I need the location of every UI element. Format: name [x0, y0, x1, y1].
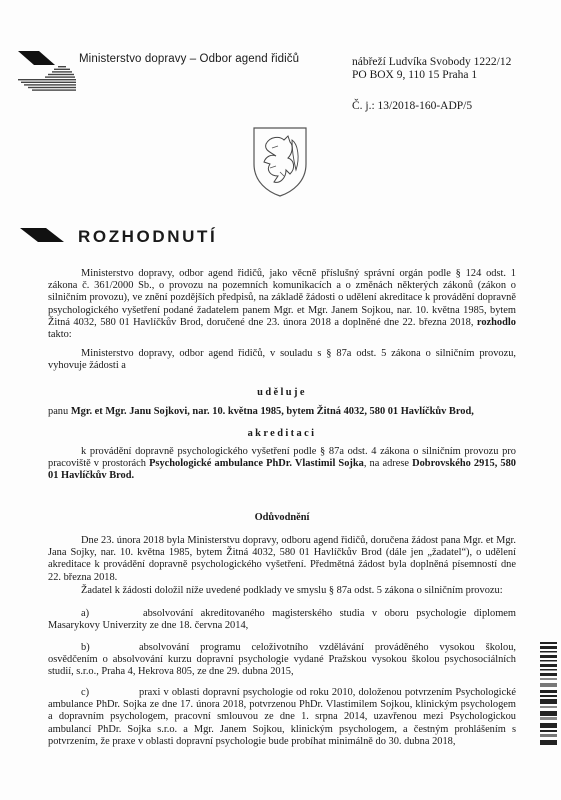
grant-paragraph: Ministerstvo dopravy, odbor agend řidičů… — [48, 348, 516, 372]
grant-text: Ministerstvo dopravy, odbor agend řidičů… — [48, 348, 516, 371]
accreditation-heading: akreditaci — [48, 428, 516, 439]
justification-text-1: Dne 23. února 2018 byla Ministerstvu dop… — [48, 535, 516, 583]
barcode-icon — [540, 642, 557, 750]
scope-text-address-label: , na adrese — [364, 458, 409, 469]
title-mark-icon — [20, 228, 64, 242]
item-label: b) — [81, 642, 139, 654]
evidence-item-b: b)absolvování programu celoživotního vzd… — [48, 642, 516, 679]
decision-verb: rozhodlo — [477, 317, 516, 328]
scope-paragraph: k provádění dopravně psychologického vyš… — [48, 446, 516, 483]
workplace-name: Psychologické ambulance PhDr. Vlastimil … — [149, 458, 364, 469]
decision-intro-paragraph: Ministerstvo dopravy, odbor agend řidičů… — [48, 268, 516, 341]
recipient-line: panu Mgr. et Mgr. Janu Sojkovi, nar. 10.… — [48, 406, 516, 418]
address-line-street: nábřeží Ludvíka Svobody 1222/12 — [352, 56, 511, 69]
address-line-pobox: PO BOX 9, 110 15 Praha 1 — [352, 69, 511, 82]
item-label: c) — [81, 687, 139, 699]
ministry-logo-icon — [18, 48, 80, 92]
decision-intro-text: Ministerstvo dopravy, odbor agend řidičů… — [48, 268, 516, 328]
evidence-item-c: c)praxi v oblasti dopravní psychologie o… — [48, 687, 516, 748]
justification-heading: Odůvodnění — [48, 512, 516, 523]
recipient-prefix: panu — [48, 406, 68, 417]
justification-text-2: Žadatel k žádosti doložil níže uvedené p… — [81, 585, 503, 596]
evidence-item-a: a)absolvování akreditovaného magisterské… — [48, 608, 516, 632]
grants-heading: uděluje — [48, 387, 516, 398]
ministry-address: nábřeží Ludvíka Svobody 1222/12 PO BOX 9… — [352, 56, 511, 82]
justification-paragraph-2: Žadatel k žádosti doložil níže uvedené p… — [48, 585, 516, 597]
coat-of-arms-icon — [250, 124, 310, 198]
recipient-name: Mgr. et Mgr. Janu Sojkovi, nar. 10. květ… — [71, 406, 474, 417]
reference-number: Č. j.: 13/2018-160-ADP/5 — [352, 100, 472, 112]
ministry-name: Ministerstvo dopravy – Odbor agend řidič… — [79, 53, 299, 65]
justification-paragraph-1: Dne 23. února 2018 byla Ministerstvu dop… — [48, 535, 516, 584]
document-title: ROZHODNUTÍ — [78, 227, 217, 247]
decision-intro-end: takto: — [48, 329, 72, 340]
item-label: a) — [81, 608, 143, 620]
document-page: Ministerstvo dopravy – Odbor agend řidič… — [0, 0, 561, 800]
